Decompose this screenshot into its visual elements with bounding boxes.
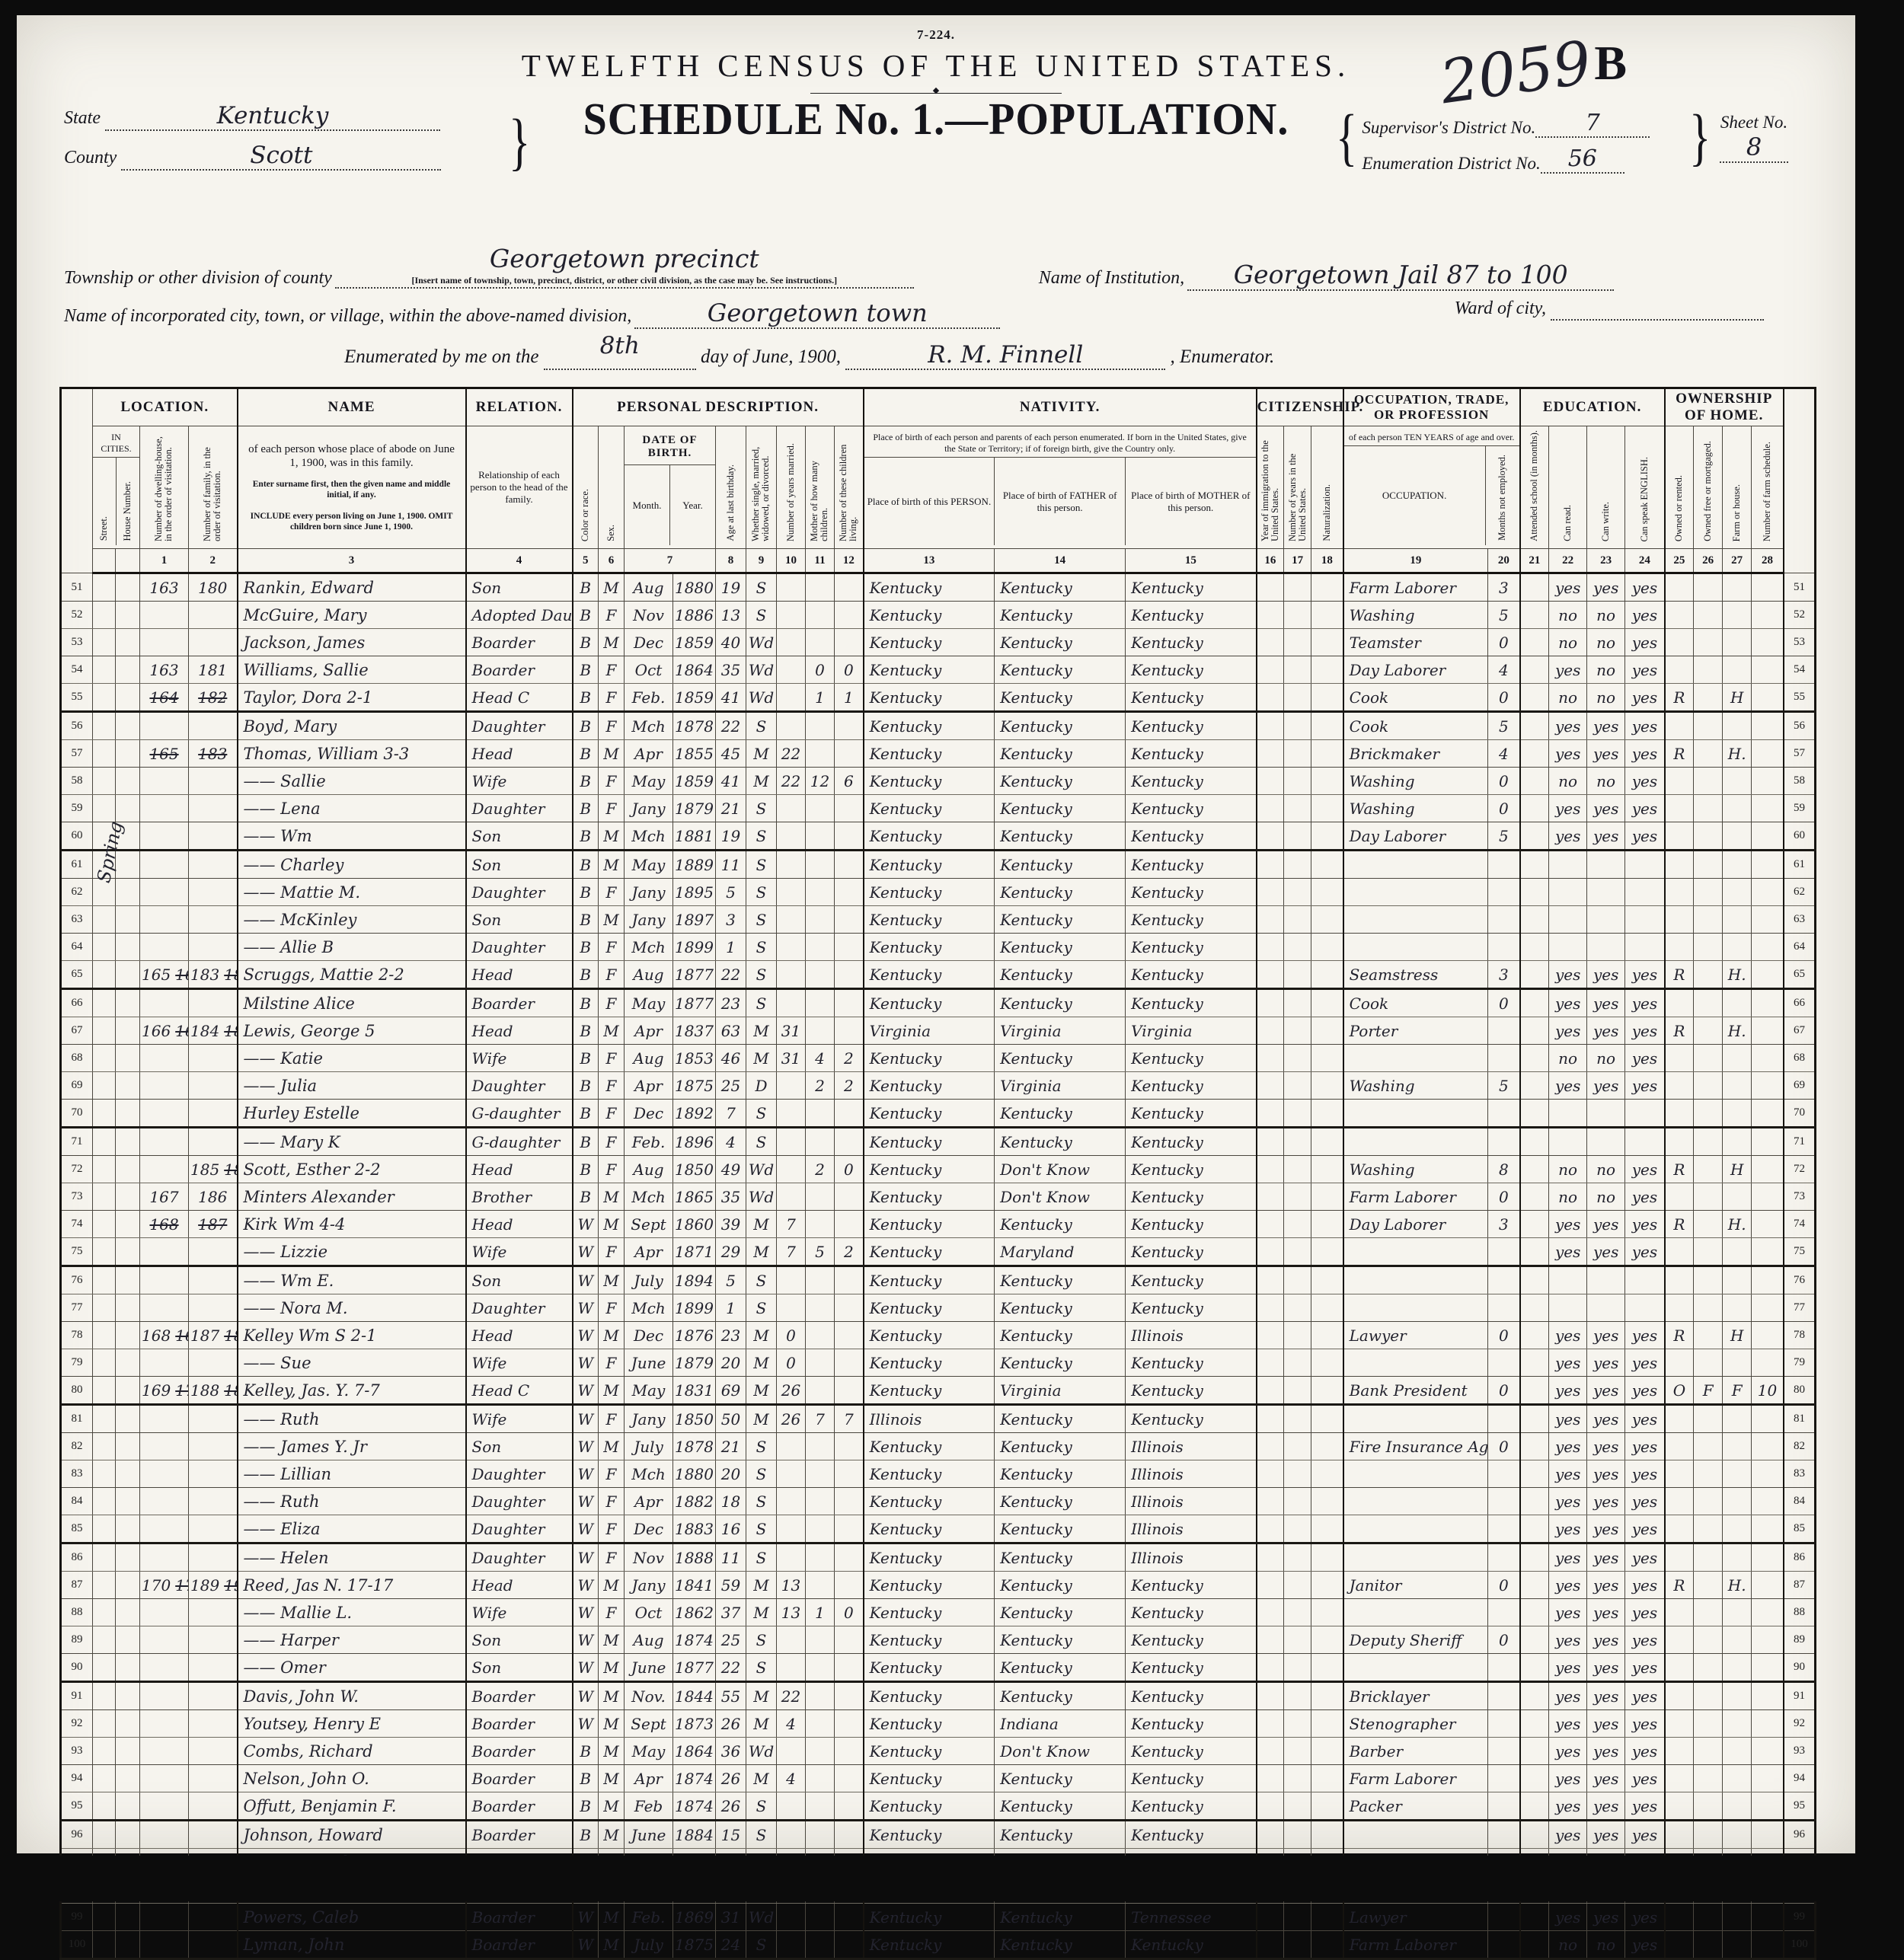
cell-birthplace-mother: Kentucky <box>1126 879 1257 906</box>
cell-family-number <box>189 879 238 906</box>
cell-street-cell <box>93 989 116 1017</box>
cell-age: 36 <box>716 1738 746 1765</box>
cell-marital-status: S <box>746 795 777 822</box>
row-number: 62 <box>1784 879 1816 906</box>
col-birth-month: Month. <box>625 465 669 545</box>
colnum-4: 4 <box>466 549 573 573</box>
cell-farm-or-house <box>1723 1072 1752 1100</box>
cell-birth-year: 1888 <box>673 1543 716 1572</box>
cell-mother-of-children <box>806 629 835 656</box>
cell-months-not-employed <box>1488 1682 1520 1710</box>
cell-immigration-year <box>1257 1572 1284 1599</box>
table-row: 52McGuire, MaryAdopted DaughterBFNov1886… <box>61 602 1816 629</box>
cell-birthplace-father: Virginia <box>995 1017 1126 1045</box>
row-number: 90 <box>61 1654 93 1682</box>
cell-relation: Son <box>466 573 573 602</box>
cell-street-cell <box>93 1765 116 1792</box>
cell-farm-or-house: H <box>1723 684 1752 712</box>
cell-free-or-mortgaged <box>1694 1626 1723 1654</box>
cell-birth-year: 1855 <box>673 740 716 768</box>
cell-years-in-us <box>1284 684 1311 712</box>
cell-children-living <box>835 1543 864 1572</box>
row-number: 76 <box>1784 1266 1816 1294</box>
cell-dwelling-number <box>140 851 189 879</box>
cell-months-not-employed <box>1488 1710 1520 1738</box>
cell-birthplace-person: Virginia <box>864 1017 995 1045</box>
cell-street-cell <box>93 1183 116 1211</box>
cell-can-write: no <box>1587 684 1625 712</box>
cell-farm-schedule-no <box>1752 1211 1784 1238</box>
table-row: 76—— Wm E.SonWMJuly18945SKentuckyKentuck… <box>61 1266 1816 1294</box>
cell-name: Jackson, James <box>238 629 466 656</box>
cell-family-number <box>189 768 238 795</box>
cell-age: 25 <box>716 1626 746 1654</box>
cell-children-living <box>835 1572 864 1599</box>
cell-relation: Brother <box>466 1183 573 1211</box>
cell-birthplace-mother: Kentucky <box>1126 1599 1257 1626</box>
cell-years-married: 22 <box>777 740 806 768</box>
cell-farm-or-house <box>1723 1460 1752 1488</box>
cell-owned-or-rented <box>1665 1710 1694 1738</box>
cell-children-living <box>835 1626 864 1654</box>
row-number: 79 <box>61 1349 93 1377</box>
row-number: 60 <box>61 822 93 851</box>
cell-relation: Daughter <box>466 934 573 961</box>
cell-family-number <box>189 906 238 934</box>
cell-years-in-us <box>1284 1100 1311 1128</box>
cell-farm-schedule-no <box>1752 1183 1784 1211</box>
cell-birth-month: Nov. <box>625 1682 673 1710</box>
cell-name: —— Ruth <box>238 1405 466 1433</box>
cell-occupation: Fire Insurance Agt <box>1343 1433 1488 1460</box>
cell-birth-month: Nov <box>625 602 673 629</box>
population-table-wrap: LOCATION. NAME RELATION. PERSONAL DESCRI… <box>59 387 1816 1901</box>
cell-free-or-mortgaged <box>1694 1515 1723 1543</box>
cell-immigration-year <box>1257 1654 1284 1682</box>
col-naturalization: Naturalization. <box>1311 426 1343 549</box>
cell-farm-schedule-no <box>1752 1710 1784 1738</box>
cell-farm-schedule-no <box>1752 1405 1784 1433</box>
cell-years-married <box>777 1515 806 1543</box>
table-row: 94Nelson, John O.BoarderBMApr187426M4Ken… <box>61 1765 1816 1792</box>
cell-naturalization <box>1311 573 1343 602</box>
cell-occupation <box>1343 1349 1488 1377</box>
cell-mother-of-children: 2 <box>806 1072 835 1100</box>
cell-birthplace-person: Kentucky <box>864 879 995 906</box>
cell-birth-year: 1864 <box>673 656 716 684</box>
cell-birth-year: 1880 <box>673 573 716 602</box>
cell-years-married: 13 <box>777 1599 806 1626</box>
cell-can-read: yes <box>1549 1072 1587 1100</box>
name-desc-2: Enter surname first, then the given name… <box>246 480 458 501</box>
cell-can-speak-english: yes <box>1625 1211 1665 1238</box>
cell-color-race: B <box>573 822 599 851</box>
cell-farm-or-house: F <box>1723 1377 1752 1405</box>
cell-can-write <box>1587 1294 1625 1322</box>
cell-birthplace-father: Kentucky <box>995 1626 1126 1654</box>
cell-birth-year: 1874 <box>673 1626 716 1654</box>
row-number: 53 <box>61 629 93 656</box>
city-label: Name of incorporated city, town, or vill… <box>64 306 631 326</box>
cell-immigration-year <box>1257 879 1284 906</box>
enumerated-day: 8th <box>600 332 640 359</box>
cell-can-write: yes <box>1587 1599 1625 1626</box>
cell-color-race: B <box>573 934 599 961</box>
cell-years-in-us <box>1284 1765 1311 1792</box>
cell-can-write: yes <box>1587 1238 1625 1266</box>
cell-owned-or-rented <box>1665 768 1694 795</box>
cell-house-number <box>116 1515 140 1543</box>
cell-color-race: B <box>573 1183 599 1211</box>
cell-street-cell <box>93 1072 116 1100</box>
row-number: 51 <box>61 573 93 602</box>
cell-dwelling-number <box>140 1072 189 1100</box>
cell-naturalization <box>1311 740 1343 768</box>
cell-free-or-mortgaged <box>1694 1211 1723 1238</box>
cell-naturalization <box>1311 656 1343 684</box>
colnum-7: 7 <box>625 549 716 573</box>
cell-birthplace-mother: Kentucky <box>1126 1183 1257 1211</box>
cell-house-number <box>116 1128 140 1156</box>
cell-name: —— Lillian <box>238 1460 466 1488</box>
cell-years-married <box>777 1100 806 1128</box>
cell-occupation: Washing <box>1343 602 1488 629</box>
cell-years-in-us <box>1284 851 1311 879</box>
cell-free-or-mortgaged <box>1694 740 1723 768</box>
city-value: Georgetown town <box>708 298 928 327</box>
row-number: 78 <box>1784 1322 1816 1349</box>
cell-months-not-employed: 0 <box>1488 629 1520 656</box>
cell-dwelling-number <box>140 1738 189 1765</box>
cell-months-not-employed <box>1488 934 1520 961</box>
cell-name: Davis, John W. <box>238 1682 466 1710</box>
cell-color-race: B <box>573 1792 599 1821</box>
cell-house-number <box>116 1294 140 1322</box>
cell-marital-status: S <box>746 712 777 740</box>
cell-color-race: W <box>573 1349 599 1377</box>
cell-free-or-mortgaged <box>1694 768 1723 795</box>
cell-months-not-employed <box>1488 906 1520 934</box>
cell-birth-month: Jany <box>625 795 673 822</box>
table-row: 72185185Scott, Esther 2-2HeadBFAug185049… <box>61 1156 1816 1183</box>
col-marital: Whether single, married, widowed, or div… <box>746 426 777 549</box>
cell-birthplace-mother: Illinois <box>1126 1460 1257 1488</box>
cell-birth-year: 1860 <box>673 1211 716 1238</box>
cell-farm-schedule-no <box>1752 1682 1784 1710</box>
cell-owned-or-rented <box>1665 1128 1694 1156</box>
cell-name: —— Lena <box>238 795 466 822</box>
cell-children-living <box>835 1377 864 1405</box>
cell-color-race: B <box>573 961 599 989</box>
cell-mother-of-children: 12 <box>806 768 835 795</box>
cell-children-living: 7 <box>835 1405 864 1433</box>
cell-birth-month: Sept <box>625 1710 673 1738</box>
cell-name: Taylor, Dora 2-1 <box>238 684 466 712</box>
cell-occupation: Deputy Sheriff <box>1343 1626 1488 1654</box>
cell-family-number <box>189 1543 238 1572</box>
cell-can-read: no <box>1549 1183 1587 1211</box>
cell-months-not-employed: 3 <box>1488 573 1520 602</box>
cell-can-write: yes <box>1587 1792 1625 1821</box>
colnum-house <box>116 549 140 573</box>
cell-can-read <box>1549 906 1587 934</box>
cell-birth-year: 1886 <box>673 602 716 629</box>
row-number: 93 <box>1784 1738 1816 1765</box>
cell-birthplace-father: Kentucky <box>995 1765 1126 1792</box>
cell-years-married <box>777 961 806 989</box>
cell-birthplace-person: Kentucky <box>864 1738 995 1765</box>
table-row: 59—— LenaDaughterBFJany187921SKentuckyKe… <box>61 795 1816 822</box>
cell-sex: M <box>599 1654 625 1682</box>
cell-street-cell <box>93 906 116 934</box>
cell-age: 35 <box>716 1183 746 1211</box>
cell-name: —— Wm <box>238 822 466 851</box>
cell-age: 40 <box>716 629 746 656</box>
colnum-22: 22 <box>1549 549 1587 573</box>
cell-months-not-employed <box>1488 1821 1520 1849</box>
cell-can-speak-english: yes <box>1625 602 1665 629</box>
cell-owned-or-rented <box>1665 1072 1694 1100</box>
table-row: 84—— RuthDaughterWFApr188218SKentuckyKen… <box>61 1488 1816 1515</box>
cell-years-in-us <box>1284 1211 1311 1238</box>
cell-can-write: yes <box>1587 1460 1625 1488</box>
cell-house-number <box>116 1460 140 1488</box>
cell-family-number: 189190 <box>189 1572 238 1599</box>
cell-birth-month: Dec <box>625 1515 673 1543</box>
cell-immigration-year <box>1257 1322 1284 1349</box>
cell-children-living <box>835 851 864 879</box>
cell-birthplace-father: Kentucky <box>995 851 1126 879</box>
row-number: 75 <box>61 1238 93 1266</box>
cell-occupation: Janitor <box>1343 1572 1488 1599</box>
group-ownership: OWNERSHIP OF HOME. <box>1665 388 1784 426</box>
cell-birth-year: 1875 <box>673 1072 716 1100</box>
cell-years-married <box>777 989 806 1017</box>
cell-occupation <box>1343 851 1488 879</box>
cell-immigration-year <box>1257 961 1284 989</box>
cell-birthplace-father: Kentucky <box>995 1515 1126 1543</box>
cell-relation: Head <box>466 1211 573 1238</box>
cell-years-in-us <box>1284 1322 1311 1349</box>
cell-marital-status: S <box>746 934 777 961</box>
cell-birthplace-father: Kentucky <box>995 1682 1126 1710</box>
cell-birthplace-mother: Kentucky <box>1126 795 1257 822</box>
colnum-10: 10 <box>777 549 806 573</box>
table-row: 80169170188189Kelley, Jas. Y. 7-7Head CW… <box>61 1377 1816 1405</box>
cell-age: 4 <box>716 1128 746 1156</box>
cell-occupation: Washing <box>1343 1156 1488 1183</box>
cell-name: —— Ruth <box>238 1488 466 1515</box>
cell-family-number: 187 <box>189 1211 238 1238</box>
cell-children-living: 2 <box>835 1045 864 1072</box>
cell-attended-school <box>1520 1349 1549 1377</box>
cell-naturalization <box>1311 795 1343 822</box>
cell-can-read: yes <box>1549 1599 1587 1626</box>
cell-attended-school <box>1520 1266 1549 1294</box>
cell-street-cell <box>93 684 116 712</box>
cell-free-or-mortgaged <box>1694 822 1723 851</box>
cell-dwelling-number <box>140 1238 189 1266</box>
table-row: 78168169187188Kelley Wm S 2-1HeadWMDec18… <box>61 1322 1816 1349</box>
cell-years-in-us <box>1284 1377 1311 1405</box>
cell-birthplace-father: Kentucky <box>995 684 1126 712</box>
cell-years-married <box>777 1654 806 1682</box>
cell-children-living <box>835 1322 864 1349</box>
cell-name: —— Omer <box>238 1654 466 1682</box>
row-number: 59 <box>61 795 93 822</box>
cell-can-speak-english: yes <box>1625 573 1665 602</box>
cell-sex: M <box>599 1682 625 1710</box>
cell-marital-status: S <box>746 1821 777 1849</box>
cell-free-or-mortgaged <box>1694 795 1723 822</box>
cell-house-number <box>116 1266 140 1294</box>
cell-house-number <box>116 1433 140 1460</box>
cell-sex: M <box>599 573 625 602</box>
row-number: 85 <box>1784 1515 1816 1543</box>
cell-family-number <box>189 1515 238 1543</box>
cell-mother-of-children <box>806 1433 835 1460</box>
cell-farm-or-house: H. <box>1723 1211 1752 1238</box>
cell-children-living <box>835 712 864 740</box>
table-row: 51163180Rankin, EdwardSonBMAug188019SKen… <box>61 573 1816 602</box>
cell-years-in-us <box>1284 822 1311 851</box>
cell-birth-month: Aug <box>625 1626 673 1654</box>
cell-birthplace-person: Kentucky <box>864 1572 995 1599</box>
colnum-17: 17 <box>1284 549 1311 573</box>
cell-street-cell <box>93 1045 116 1072</box>
cell-can-write: yes <box>1587 1405 1625 1433</box>
cell-owned-or-rented <box>1665 1460 1694 1488</box>
table-row: 96Johnson, HowardBoarderBMJune188415SKen… <box>61 1821 1816 1849</box>
col-birthplace-mother: Place of birth of MOTHER of this person. <box>1125 458 1256 545</box>
cell-can-speak-english: yes <box>1625 1183 1665 1211</box>
cell-birthplace-father: Kentucky <box>995 1543 1126 1572</box>
cell-family-number <box>189 629 238 656</box>
cell-years-married: 4 <box>777 1710 806 1738</box>
cell-name: Kelley, Jas. Y. 7-7 <box>238 1377 466 1405</box>
cell-owned-or-rented <box>1665 934 1694 961</box>
cell-months-not-employed <box>1488 1100 1520 1128</box>
col-nativity-block: Place of birth of each person and parent… <box>864 426 1257 549</box>
cell-birthplace-mother: Kentucky <box>1126 1710 1257 1738</box>
cell-mother-of-children <box>806 1294 835 1322</box>
cell-name: Rankin, Edward <box>238 573 466 602</box>
cell-birth-year: 1884 <box>673 1821 716 1849</box>
cell-mother-of-children: 0 <box>806 656 835 684</box>
cell-free-or-mortgaged <box>1694 1349 1723 1377</box>
col-occupation: OCCUPATION. <box>1344 446 1485 545</box>
cell-can-write <box>1587 1100 1625 1128</box>
cell-age: 29 <box>716 1238 746 1266</box>
cell-years-in-us <box>1284 1183 1311 1211</box>
cell-years-in-us <box>1284 906 1311 934</box>
cell-farm-or-house <box>1723 656 1752 684</box>
cell-children-living <box>835 1515 864 1543</box>
cell-farm-schedule-no <box>1752 1156 1784 1183</box>
row-number: 60 <box>1784 822 1816 851</box>
cell-can-speak-english: yes <box>1625 1543 1665 1572</box>
cell-owned-or-rented: R <box>1665 1322 1694 1349</box>
row-number: 85 <box>61 1515 93 1543</box>
cell-can-write: yes <box>1587 1654 1625 1682</box>
cell-birthplace-person: Kentucky <box>864 1100 995 1128</box>
cell-birth-month: Apr <box>625 1238 673 1266</box>
cell-birthplace-mother: Kentucky <box>1126 768 1257 795</box>
cell-farm-schedule-no <box>1752 1266 1784 1294</box>
cell-can-speak-english: yes <box>1625 1654 1665 1682</box>
cell-farm-or-house <box>1723 1294 1752 1322</box>
cell-name: Nelson, John O. <box>238 1765 466 1792</box>
cell-farm-schedule-no <box>1752 934 1784 961</box>
cell-age: 35 <box>716 656 746 684</box>
cell-owned-or-rented <box>1665 1266 1694 1294</box>
cell-farm-or-house <box>1723 1515 1752 1543</box>
cell-attended-school <box>1520 1238 1549 1266</box>
cell-farm-or-house <box>1723 712 1752 740</box>
cell-can-speak-english: yes <box>1625 1238 1665 1266</box>
cell-family-number <box>189 1710 238 1738</box>
cell-occupation: Stenographer <box>1343 1710 1488 1738</box>
cell-street-cell <box>93 656 116 684</box>
cell-dwelling-number <box>140 795 189 822</box>
cell-house-number <box>116 1821 140 1849</box>
cell-sex: M <box>599 851 625 879</box>
cell-can-speak-english <box>1625 1266 1665 1294</box>
cell-years-in-us <box>1284 740 1311 768</box>
cell-naturalization <box>1311 1599 1343 1626</box>
cell-family-number <box>189 1294 238 1322</box>
table-row: 60—— WmSonBMMch188119SKentuckyKentuckyKe… <box>61 822 1816 851</box>
cell-birth-month: Aug <box>625 573 673 602</box>
cell-naturalization <box>1311 1488 1343 1515</box>
cell-owned-or-rented <box>1665 1738 1694 1765</box>
cell-birth-month: Mch <box>625 1460 673 1488</box>
cell-age: 69 <box>716 1377 746 1405</box>
table-row: 54163181Williams, SallieBoarderBFOct1864… <box>61 656 1816 684</box>
cell-birth-year: 1862 <box>673 1599 716 1626</box>
cell-family-number: 183 <box>189 740 238 768</box>
cell-relation: Son <box>466 1266 573 1294</box>
cell-naturalization <box>1311 1100 1343 1128</box>
cell-can-speak-english: yes <box>1625 961 1665 989</box>
cell-birth-month: Jany <box>625 1572 673 1599</box>
cell-family-number <box>189 1738 238 1765</box>
cell-years-married <box>777 1072 806 1100</box>
cell-can-read: yes <box>1549 822 1587 851</box>
group-header-row: LOCATION. NAME RELATION. PERSONAL DESCRI… <box>61 388 1816 426</box>
name-desc-3: INCLUDE every person living on June 1, 1… <box>246 512 458 533</box>
row-number: 87 <box>61 1572 93 1599</box>
table-row: 58—— SallieWifeBFMay185941M22126Kentucky… <box>61 768 1816 795</box>
cell-birth-month: May <box>625 1377 673 1405</box>
cell-owned-or-rented <box>1665 1682 1694 1710</box>
cell-sex: M <box>599 1710 625 1738</box>
table-row: 67166167184185Lewis, George 5HeadBMApr18… <box>61 1017 1816 1045</box>
cell-birthplace-mother: Illinois <box>1126 1543 1257 1572</box>
cell-naturalization <box>1311 1349 1343 1377</box>
cell-owned-or-rented <box>1665 1349 1694 1377</box>
cell-mother-of-children <box>806 1266 835 1294</box>
cell-dwelling-number <box>140 1460 189 1488</box>
cell-attended-school <box>1520 1128 1549 1156</box>
table-row: 86—— HelenDaughterWFNov188811SKentuckyKe… <box>61 1543 1816 1572</box>
cell-attended-school <box>1520 1572 1549 1599</box>
cell-years-in-us <box>1284 1238 1311 1266</box>
cell-occupation: Day Laborer <box>1343 822 1488 851</box>
cell-farm-or-house <box>1723 822 1752 851</box>
cell-birthplace-person: Kentucky <box>864 712 995 740</box>
cell-free-or-mortgaged <box>1694 656 1723 684</box>
